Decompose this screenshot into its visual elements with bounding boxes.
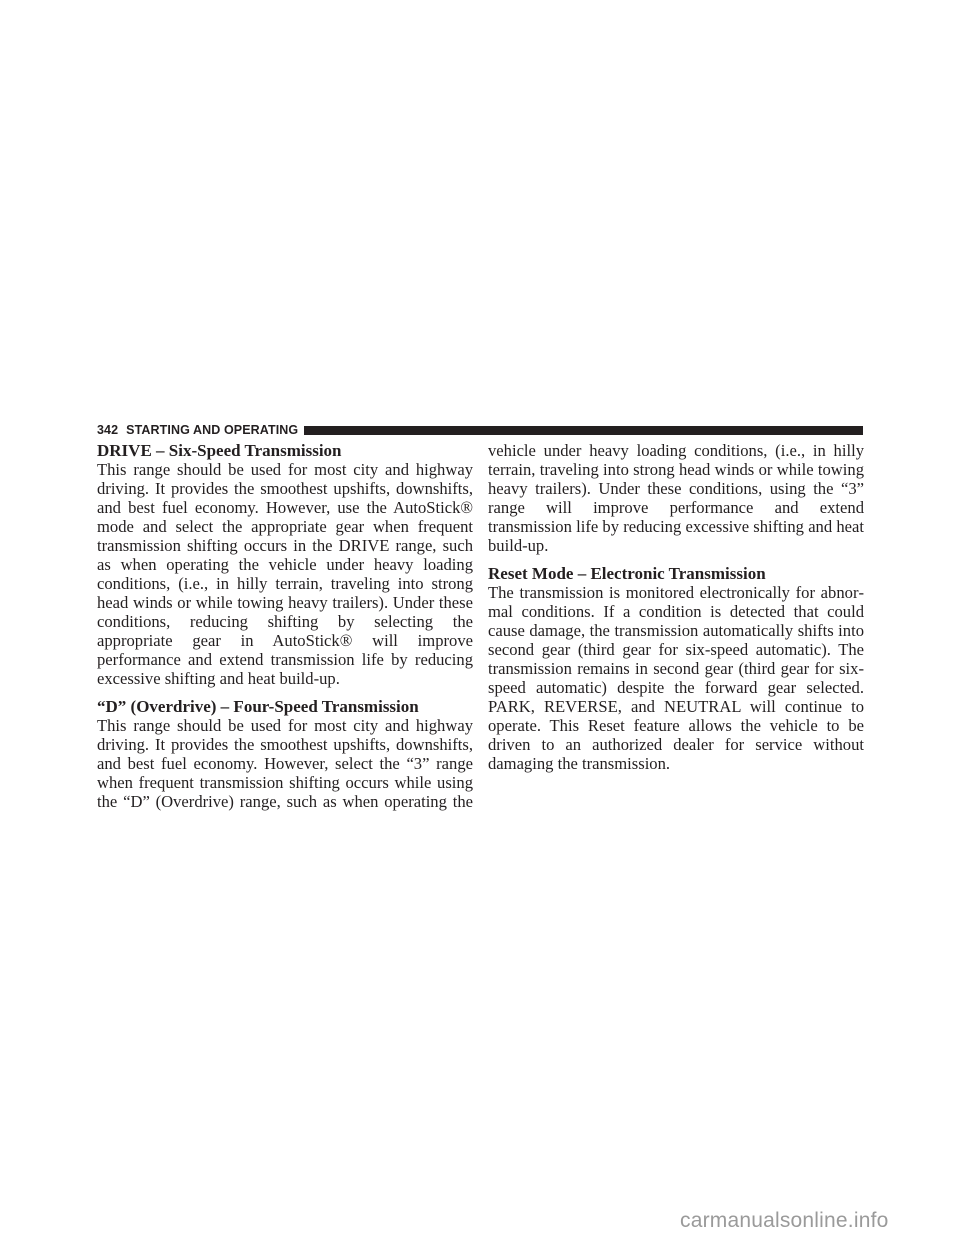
watermark-link[interactable]: carmanualsonline.info [680,1209,889,1233]
left-column: DRIVE – Six-Speed Transmission This rang… [97,441,473,820]
section-title: STARTING AND OPERATING [126,424,298,436]
section-body: The transmission is monitored electronic… [488,583,864,773]
header-rule [304,426,863,435]
section-heading: DRIVE – Six-Speed Transmission [97,441,473,460]
section-drive-six-speed: DRIVE – Six-Speed Transmission This rang… [97,441,473,688]
page-header: 342 STARTING AND OPERATING [97,424,863,436]
section-body: This range should be used for most city … [97,460,473,688]
section-body: This range should be used for most city … [97,716,473,811]
section-heading: Reset Mode – Electronic Transmission [488,564,864,583]
section-reset-mode: Reset Mode – Electronic Transmission The… [488,564,864,773]
section-heading: “D” (Overdrive) – Four-Speed Transmissio… [97,697,473,716]
section-continuation: vehicle under heavy loading conditions, … [488,441,864,555]
right-column: vehicle under heavy loading conditions, … [488,441,864,782]
page-number: 342 [97,424,118,436]
section-overdrive-four-speed: “D” (Overdrive) – Four-Speed Transmissio… [97,697,473,811]
continuation-body: vehicle under heavy loading conditions, … [488,441,864,555]
